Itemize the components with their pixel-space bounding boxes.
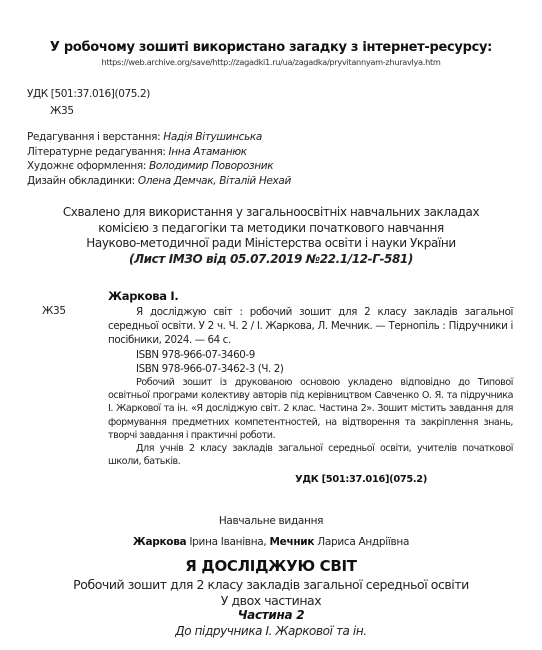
biblio-code: Ж35 <box>42 305 66 317</box>
credit-art: Художнє оформлення: Володимир Поворозник <box>27 159 291 174</box>
credit-name: Володимир Поворозник <box>149 160 273 172</box>
credit-role: Редагування і верстання: <box>27 131 163 143</box>
credit-editing: Редагування і верстання: Надія Вітушинсь… <box>27 130 291 145</box>
biblio-entry: Я досліджую світ : робочий зошит для 2 к… <box>108 305 513 468</box>
credit-role: Літературне редагування: <box>27 146 169 158</box>
credit-role: Художнє оформлення: <box>27 160 149 172</box>
author-sign-code: Ж35 <box>50 105 74 117</box>
author2-surname: Мечник <box>269 536 314 548</box>
abstract: Робочий зошит із друкованою основою укла… <box>108 376 513 442</box>
biblio-author: Жаркова І. <box>108 289 178 303</box>
isbn-part: ISBN 978-966-07-3462-3 (Ч. 2) <box>108 362 513 376</box>
approval-line: Схвалено для використання у загальноосві… <box>0 205 542 221</box>
audience: Для учнів 2 класу закладів загальної сер… <box>108 442 513 468</box>
author1-surname: Жаркова <box>133 536 186 548</box>
credits-block: Редагування і верстання: Надія Вітушинсь… <box>27 130 291 188</box>
textbook-reference: До підручника І. Жаркової та ін. <box>0 624 542 638</box>
isbn: ISBN 978-966-07-3460-9 <box>108 348 513 362</box>
notice-title: У робочому зошиті використано загадку з … <box>0 40 542 55</box>
book-title: Я ДОСЛІДЖУЮ СВІТ <box>0 557 542 575</box>
approval-line: комісією з педагогіки та методики початк… <box>0 221 542 237</box>
book-subtitle: Робочий зошит для 2 класу закладів загал… <box>0 577 542 608</box>
approval-statement: Схвалено для використання у загальноосві… <box>0 205 542 267</box>
approval-line: Науково-методичної ради Міністерства осв… <box>0 236 542 252</box>
parts-line: У двох частинах <box>0 593 542 609</box>
credit-role: Дизайн обкладинки: <box>27 175 138 187</box>
credit-cover-design: Дизайн обкладинки: Олена Демчак, Віталій… <box>27 174 291 189</box>
part-label: Частина 2 <box>0 608 542 622</box>
author1-name: Ірина Іванівна, <box>186 536 269 548</box>
publication-type: Навчальне видання <box>0 515 542 527</box>
udk-code: УДК [501:37.016](075.2) <box>27 88 150 100</box>
author2-name: Лариса Андріївна <box>314 536 409 548</box>
biblio-description: Я досліджую світ : робочий зошит для 2 к… <box>108 305 513 348</box>
credit-name: Олена Демчак, Віталій Нехай <box>138 175 291 187</box>
credit-name: Інна Атаманюк <box>169 146 247 158</box>
udk-bottom: УДК [501:37.016](075.2) <box>295 474 427 485</box>
credit-literary-editing: Літературне редагування: Інна Атаманюк <box>27 145 291 160</box>
approval-letter: (Лист ІМЗО від 05.07.2019 №22.1/12-Г-581… <box>0 252 542 268</box>
subtitle-line: Робочий зошит для 2 класу закладів загал… <box>0 577 542 593</box>
source-url[interactable]: https://web.archive.org/save/http://zaga… <box>0 57 542 67</box>
authors-line: Жаркова Ірина Іванівна, Мечник Лариса Ан… <box>0 536 542 548</box>
credit-name: Надія Вітушинська <box>163 131 262 143</box>
